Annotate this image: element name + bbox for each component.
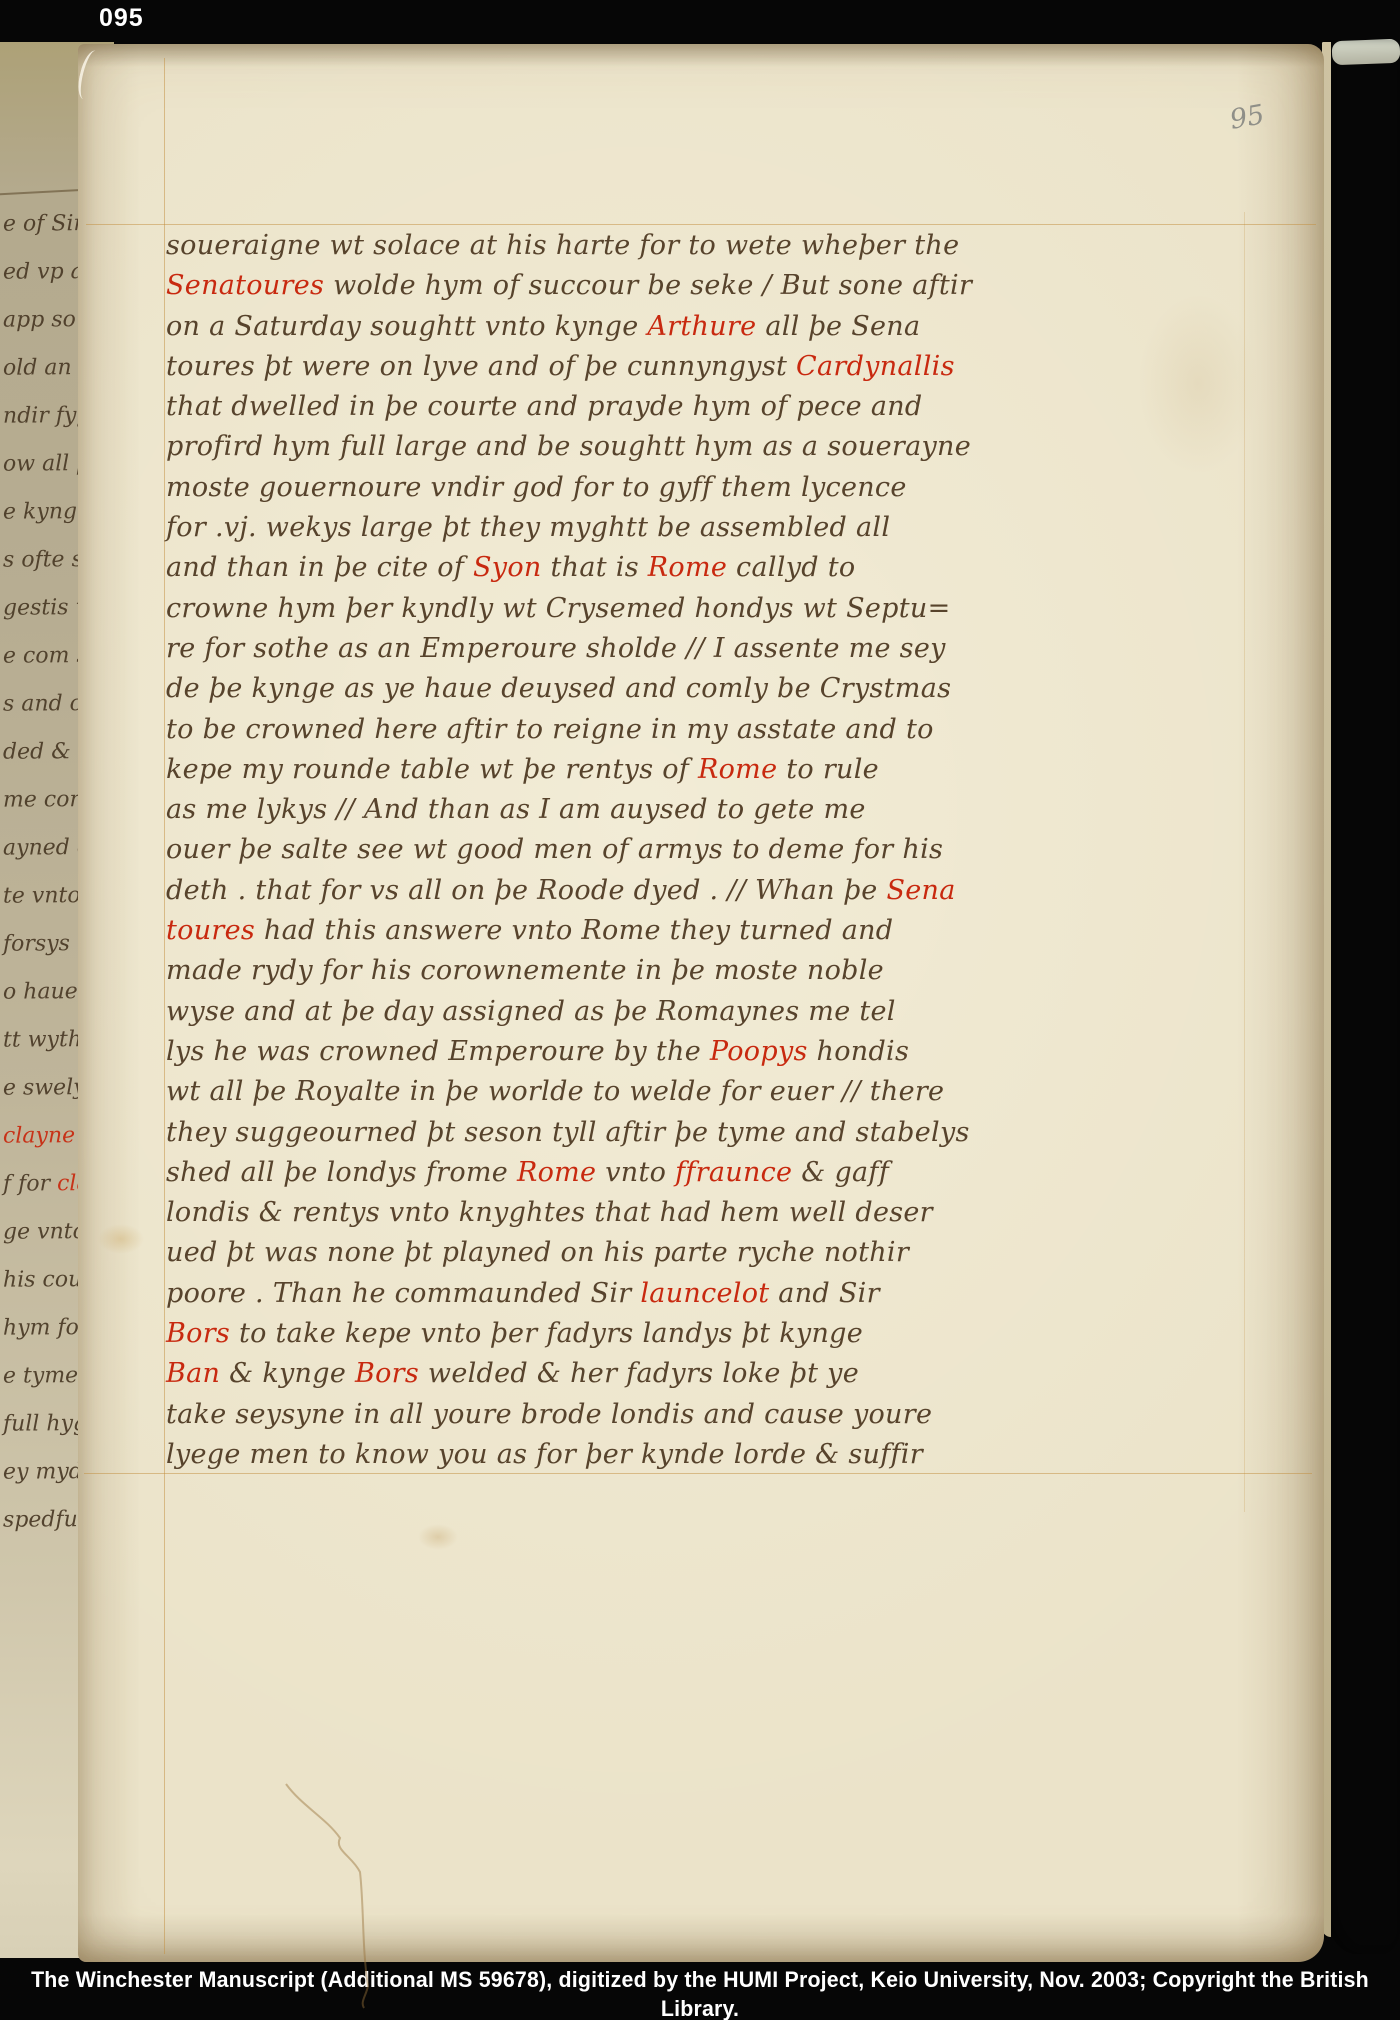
manuscript-line: toures had this answere vnto Rome they t…: [166, 911, 926, 951]
ink-text: ued þt was none þt playned on his parte …: [166, 1237, 909, 1268]
manuscript-line: deth . that for vs all on þe Roode dyed …: [166, 871, 926, 911]
ink-text: shed all þe londys frome: [166, 1157, 517, 1188]
ink-text: take seysyne in all youre brode londis a…: [166, 1399, 932, 1430]
ink-text: lyege men to know you as for þer kynde l…: [166, 1439, 923, 1470]
manuscript-line: they suggeourned þt seson tyll aftir þe …: [166, 1113, 926, 1153]
manuscript-line: that dwelled in þe courte and prayde hym…: [166, 387, 926, 427]
ink-text: that dwelled in þe courte and prayde hym…: [166, 391, 923, 422]
ink-text: to take kepe vnto þer fadyrs landys þt k…: [230, 1318, 863, 1349]
ruled-margin-line-right: [1244, 212, 1245, 1512]
manuscript-line: kepe my rounde table wt þe rentys of Rom…: [166, 750, 926, 790]
parchment-stain: [1138, 294, 1258, 474]
manuscript-line: ouer þe salte see wt good men of armys t…: [166, 830, 926, 870]
manuscript-line: wt all þe Royalte in þe worlde to welde …: [166, 1072, 926, 1112]
manuscript-line: ued þt was none þt playned on his parte …: [166, 1233, 926, 1273]
rubricated-text: Ban: [166, 1358, 220, 1389]
ink-text: wolde hym of succour be seke / But sone …: [324, 270, 972, 301]
manuscript-line: crowne hym þer kyndly wt Crysemed hondys…: [166, 589, 926, 629]
ink-text: re for sothe as an Emperoure sholde // I…: [166, 633, 946, 664]
manuscript-line: take seysyne in all youre brode londis a…: [166, 1395, 926, 1435]
rubricated-text: launcelot: [640, 1278, 769, 1309]
rubricated-text: Sena: [886, 875, 955, 906]
ink-text: kepe my rounde table wt þe rentys of: [166, 754, 698, 785]
caption-text: The Winchester Manuscript (Additional MS…: [21, 1966, 1379, 2020]
manuscript-line: Bors to take kepe vnto þer fadyrs landys…: [166, 1314, 926, 1354]
ink-text: f for: [3, 1171, 57, 1196]
manuscript-page: 95 soueraigne wt solace at his harte for…: [78, 44, 1324, 1962]
ink-text: welded & her fadyrs loke þt ye: [419, 1358, 859, 1389]
rubricated-text: ffraunce: [675, 1157, 792, 1188]
ink-text: to rule: [777, 754, 879, 785]
ruled-margin-line-left: [164, 58, 165, 1954]
manuscript-line: moste gouernoure vndir god for to gyff t…: [166, 468, 926, 508]
rubricated-text: Arthure: [647, 311, 756, 342]
manuscript-text-block: soueraigne wt solace at his harte for to…: [166, 226, 926, 1475]
manuscript-line: poore . Than he commaunded Sir launcelot…: [166, 1274, 926, 1314]
book-fore-edge: [1322, 40, 1400, 1954]
rubricated-text: Senatoures: [166, 270, 324, 301]
manuscript-line: re for sothe as an Emperoure sholde // I…: [166, 629, 926, 669]
ink-text: moste gouernoure vndir god for to gyff t…: [166, 472, 907, 503]
manuscript-line: londis & rentys vnto knyghtes that had h…: [166, 1193, 926, 1233]
manuscript-line: wyse and at þe day assigned as þe Romayn…: [166, 992, 926, 1032]
folio-number-pencil: 95: [1228, 99, 1267, 135]
ink-text: crowne hym þer kyndly wt Crysemed hondys…: [166, 593, 951, 624]
rubricated-text: toures: [166, 915, 255, 946]
manuscript-line: Senatoures wolde hym of succour be seke …: [166, 266, 926, 306]
ink-text: and Sir: [769, 1278, 879, 1309]
ink-text: for .vj. wekys large þt they myghtt be a…: [166, 512, 890, 543]
parchment-crease: [268, 1780, 398, 2010]
manuscript-line: for .vj. wekys large þt they myghtt be a…: [166, 508, 926, 548]
rubricated-text: Rome: [648, 552, 727, 583]
rubricated-text: Cardynallis: [796, 351, 955, 382]
ink-text: made rydy for his corownemente in þe mos…: [166, 955, 884, 986]
rubricated-text: Bors: [166, 1318, 230, 1349]
ink-text: & gaff: [792, 1157, 889, 1188]
rubricated-text: Syon: [473, 552, 542, 583]
manuscript-line: and than in þe cite of Syon that is Rome…: [166, 548, 926, 588]
ink-text: lys he was crowned Emperoure by the: [166, 1036, 710, 1067]
rubricated-text: Bors: [355, 1358, 419, 1389]
ink-text: that is: [542, 552, 648, 583]
ink-text: wyse and at þe day assigned as þe Romayn…: [166, 996, 896, 1027]
ruled-top-line: [86, 224, 1316, 225]
rubricated-text: Rome: [517, 1157, 596, 1188]
ink-text: and than in þe cite of: [166, 552, 473, 583]
ink-text: hondis: [808, 1036, 910, 1067]
ink-text: all þe Sena: [756, 311, 920, 342]
ink-text: de þe kynge as ye haue deuysed and comly…: [166, 673, 951, 704]
manuscript-line: Ban & kynge Bors welded & her fadyrs lok…: [166, 1354, 926, 1394]
ink-text: on a Saturday soughtt vnto kynge: [166, 311, 647, 342]
rubricated-text: Rome: [698, 754, 777, 785]
manuscript-line: made rydy for his corownemente in þe mos…: [166, 951, 926, 991]
ink-text: wt all þe Royalte in þe worlde to welde …: [166, 1076, 944, 1107]
ink-text: as me lykys // And than as I am auysed t…: [166, 794, 866, 825]
ink-text: londis & rentys vnto knyghtes that had h…: [166, 1197, 933, 1228]
ink-text: deth . that for vs all on þe Roode dyed …: [166, 875, 886, 906]
ink-text: had this answere vnto Rome they turned a…: [255, 915, 893, 946]
manuscript-line: lyege men to know you as for þer kynde l…: [166, 1435, 926, 1475]
ink-text: soueraigne wt solace at his harte for to…: [166, 230, 959, 261]
ink-text: callyd to: [727, 552, 855, 583]
manuscript-line: toures þt were on lyve and of þe cunnyng…: [166, 347, 926, 387]
ink-text: to be crowned here aftir to reigne in my…: [166, 714, 934, 745]
ink-text: & kynge: [220, 1358, 355, 1389]
ink-text: they suggeourned þt seson tyll aftir þe …: [166, 1117, 970, 1148]
manuscript-line: to be crowned here aftir to reigne in my…: [166, 710, 926, 750]
manuscript-line: soueraigne wt solace at his harte for to…: [166, 226, 926, 266]
ink-text: ouer þe salte see wt good men of armys t…: [166, 834, 943, 865]
ink-text: profird hym full large and be soughtt hy…: [166, 431, 971, 462]
ink-text: vnto: [596, 1157, 675, 1188]
manuscript-line: as me lykys // And than as I am auysed t…: [166, 790, 926, 830]
manuscript-line: de þe kynge as ye haue deuysed and comly…: [166, 669, 926, 709]
parchment-stain: [98, 1224, 144, 1254]
manuscript-line: shed all þe londys frome Rome vnto ffrau…: [166, 1153, 926, 1193]
parchment-stain: [418, 1524, 458, 1550]
manuscript-line: on a Saturday soughtt vnto kynge Arthure…: [166, 307, 926, 347]
manuscript-line: profird hym full large and be soughtt hy…: [166, 427, 926, 467]
manuscript-line: lys he was crowned Emperoure by the Poop…: [166, 1032, 926, 1072]
ink-text: toures þt were on lyve and of þe cunnyng…: [166, 351, 796, 382]
rubricated-text: Poopys: [710, 1036, 808, 1067]
rubricated-text: clayne: [3, 1123, 75, 1149]
ink-text: poore . Than he commaunded Sir: [166, 1278, 640, 1309]
photo-index-label: 095: [99, 5, 144, 33]
loose-thread: [74, 48, 105, 101]
